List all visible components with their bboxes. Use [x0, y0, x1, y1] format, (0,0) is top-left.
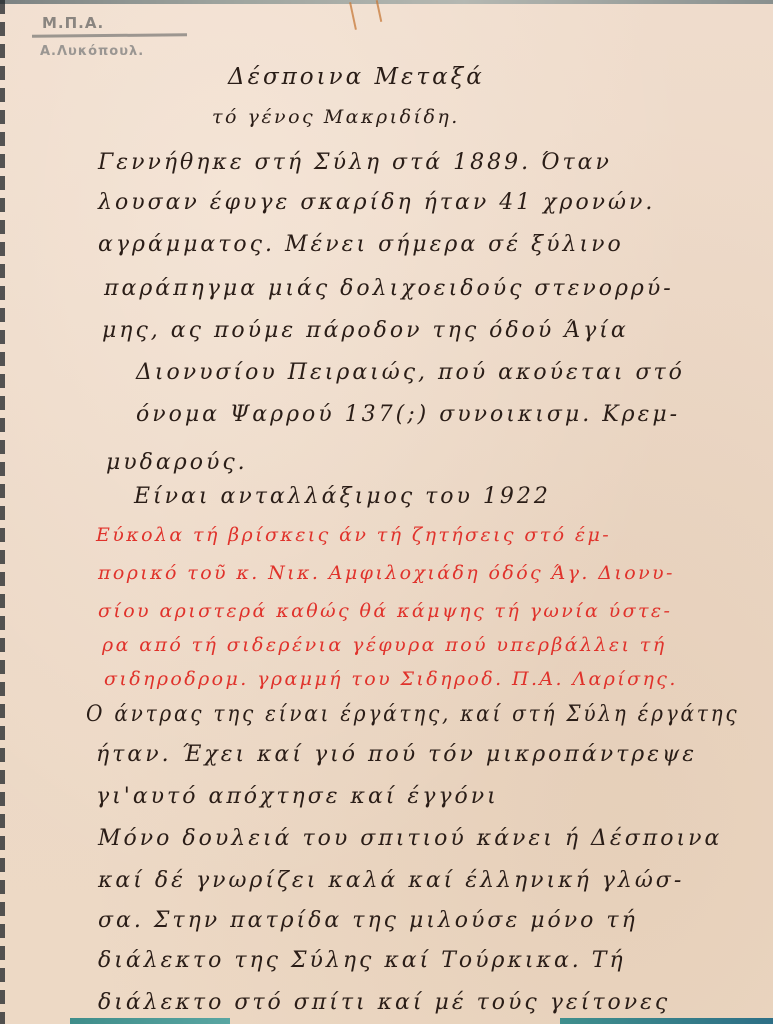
paragraph2-line: διάλεκτο στό σπίτι καί μέ τούς γείτονες	[98, 990, 670, 1015]
paragraph1-line: Γεννήθηκε στή Σύλη στά 1889. Όταν	[98, 150, 612, 175]
paragraph1-line: μυδαρούς.	[106, 450, 248, 475]
scan-edge-bottom	[0, 1018, 773, 1024]
paragraph1-line: παράπηγμα μιάς δολιχοειδούς στενορρύ-	[104, 276, 674, 301]
paragraph1-line: αγράμματος. Μένει σήμερα σέ ξύλινο	[98, 232, 624, 257]
manuscript-page: Μ.Π.Α. Α.Λυκόπουλ. Δέσποινα Μεταξά τό γέ…	[0, 0, 773, 1024]
heading-maiden-name: τό γένος Μακριδίδη.	[212, 106, 460, 128]
archive-mark-code: Μ.Π.Α.	[42, 14, 104, 32]
red-note-line: σιδηροδρομ. γραμμή του Σιδηροδ. Π.Α. Λαρ…	[104, 668, 678, 690]
heading-name: Δέσποινα Μεταξά	[228, 64, 485, 90]
red-note-line: πορικό τοῦ κ. Νικ. Αμφιλοχιάδη όδός Άγ. …	[98, 562, 675, 584]
paragraph2-line: διάλεκτο της Σύλης καί Τούρκικα. Τή	[98, 948, 626, 973]
paragraph1-line: μης, ας πούμε πάροδον της όδού Άγία	[102, 318, 629, 343]
paragraph1-line: λουσαν έφυγε σκαρίδη ήταν 41 χρονών.	[98, 190, 655, 215]
red-note-line: σίου αριστερά καθώς θά κάμψης τή γωνία ύ…	[98, 600, 672, 622]
paragraph2-line: γι'αυτό απόχτησε καί έγγόνι	[96, 784, 499, 809]
archive-mark-collector: Α.Λυκόπουλ.	[40, 44, 144, 59]
red-note-line: Εύκολα τή βρίσκεις άν τή ζητήσεις στό έμ…	[96, 524, 611, 546]
paragraph2-line: Μόνο δουλειά του σπιτιού κάνει ή Δέσποιν…	[98, 826, 722, 851]
exchange-note: Είναι ανταλλάξιμος του 1922	[134, 484, 551, 509]
paragraph2-line: ήταν. Έχει καί γιό πού τόν μικροπάντρεψε	[96, 742, 697, 767]
paragraph1-line: Διονυσίου Πειραιώς, πού ακούεται στό	[136, 360, 685, 385]
scan-edge-top	[0, 0, 773, 4]
paragraph2-line: καί δέ γνωρίζει καλά καί έλληνική γλώσ-	[98, 868, 684, 893]
archive-mark-divider	[32, 33, 187, 38]
paragraph2-line: σα. Στην πατρίδα της μιλούσε μόνο τή	[98, 908, 638, 933]
paper-stain	[349, 2, 357, 30]
paragraph1-line: όνομα Ψαρρού 137(;) συνοικισμ. Κρεμ-	[136, 402, 680, 427]
paragraph2-line: Ο άντρας της είναι έργάτης, καί στή Σύλη…	[86, 702, 739, 727]
scan-edge-left	[0, 0, 5, 1024]
red-note-line: ρα από τή σιδερένια γέφυρα πού υπερβάλλε…	[102, 634, 667, 656]
